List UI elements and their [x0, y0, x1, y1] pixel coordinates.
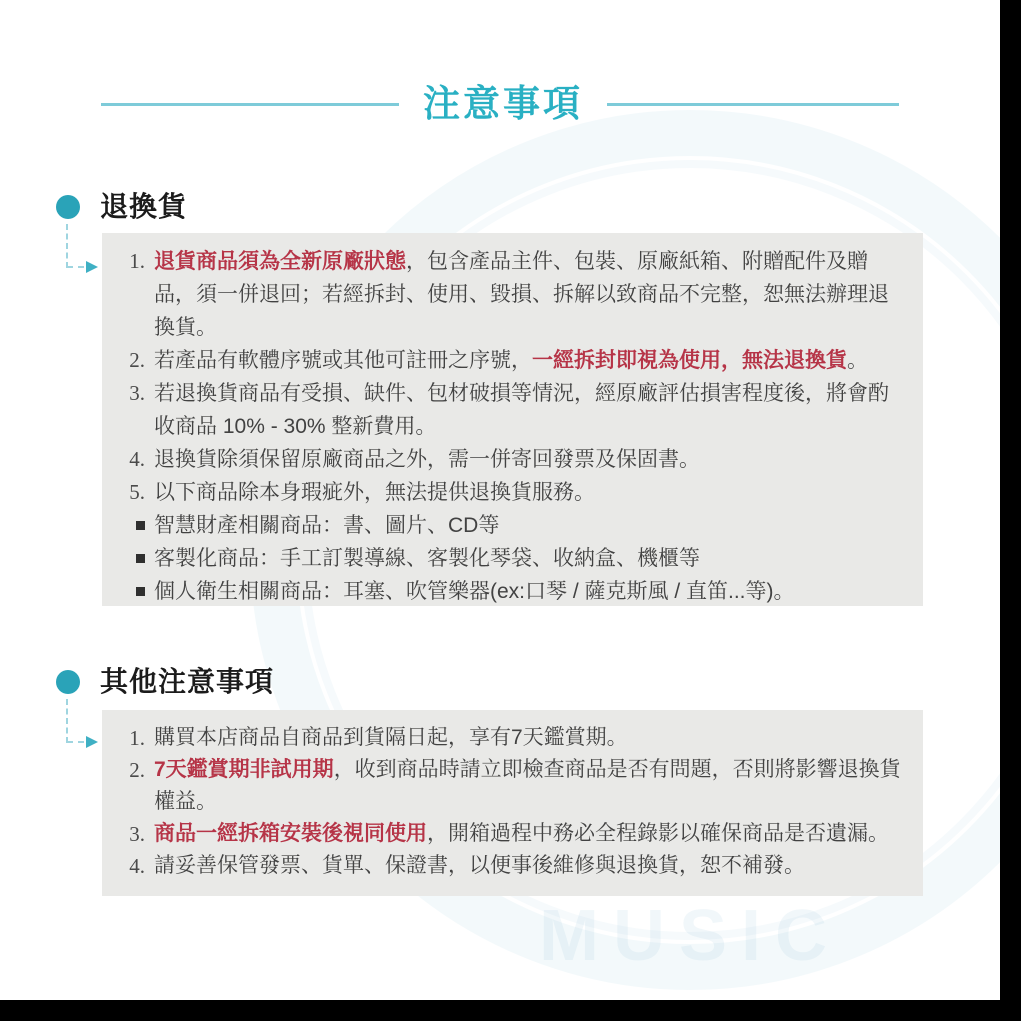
list-item-number: 3.: [112, 377, 154, 443]
section-bullet-dot: [56, 670, 80, 694]
list-item: 4.請妥善保管發票、貨單、保證書，以便事後維修與退換貨，恕不補發。: [112, 850, 907, 882]
connector-line-horizontal: [67, 266, 84, 268]
highlighted-text: 退貨商品須為全新原廠狀態: [154, 250, 406, 273]
section-content-box-other-notices: 1.購買本店商品自商品到貨隔日起，享有7天鑑賞期。2.7天鑑賞期非試用期，收到商…: [102, 710, 923, 896]
highlighted-text: 商品一經拆箱安裝後視同使用: [154, 822, 427, 845]
square-bullet-icon: [136, 587, 145, 596]
arrow-right-icon: [86, 261, 98, 273]
list-item-number: 4.: [112, 850, 154, 882]
list-item-number: 2.: [112, 344, 154, 377]
list-item: 個人衛生相關商品：耳塞、吹管樂器(ex:口琴 / 薩克斯風 / 直笛...等)。: [112, 575, 907, 608]
connector-line-vertical: [66, 699, 68, 743]
list-item-text: 7天鑑賞期非試用期，收到商品時請立即檢查商品是否有問題，否則將影響退換貨權益。: [154, 754, 907, 818]
plain-text: 請妥善保管發票、貨單、保證書，以便事後維修與退換貨，恕不補發。: [154, 854, 805, 877]
list-item: 4.退換貨除須保留原廠商品之外，需一併寄回發票及保固書。: [112, 443, 907, 476]
page-title-row: 注意事項: [0, 82, 1000, 126]
list-item-text: 若退換貨商品有受損、缺件、包材破損等情況，經原廠評估損害程度後，將會酌收商品 1…: [154, 377, 907, 443]
list-item-text: 以下商品除本身瑕疵外，無法提供退換貨服務。: [154, 476, 907, 509]
highlighted-text: 一經拆封即視為使用，無法退換貨: [532, 349, 847, 372]
connector-line-horizontal: [67, 741, 84, 743]
list-item-number: 1.: [112, 722, 154, 754]
list-item: 1.退貨商品須為全新原廠狀態，包含產品主件、包裝、原廠紙箱、附贈配件及贈品，須一…: [112, 245, 907, 344]
page-title: 注意事項: [423, 82, 583, 126]
square-bullet-icon: [136, 521, 145, 530]
watermark-music-text: MUSIC: [470, 895, 910, 977]
list-item-bullet: [112, 509, 154, 542]
list-item-text: 商品一經拆箱安裝後視同使用，開箱過程中務必全程錄影以確保商品是否遺漏。: [154, 818, 907, 850]
plain-text: 。: [847, 349, 868, 372]
list-item: 2.7天鑑賞期非試用期，收到商品時請立即檢查商品是否有問題，否則將影響退換貨權益…: [112, 754, 907, 818]
plain-text: 若產品有軟體序號或其他可註冊之序號，: [154, 349, 532, 372]
plain-text: 若退換貨商品有受損、缺件、包材破損等情況，經原廠評估損害程度後，將會酌收商品 1…: [154, 382, 889, 438]
list-item-number: 1.: [112, 245, 154, 344]
plain-text: 購買本店商品自商品到貨隔日起，享有7天鑑賞期。: [154, 726, 628, 749]
list-item: 3.若退換貨商品有受損、缺件、包材破損等情況，經原廠評估損害程度後，將會酌收商品…: [112, 377, 907, 443]
list-item: 客製化商品：手工訂製導線、客製化琴袋、收納盒、機櫃等: [112, 542, 907, 575]
connector-line-vertical: [66, 224, 68, 268]
section-title-other-notices: 其他注意事項: [100, 666, 274, 698]
list-item-bullet: [112, 542, 154, 575]
list-item: 5.以下商品除本身瑕疵外，無法提供退換貨服務。: [112, 476, 907, 509]
plain-text: 以下商品除本身瑕疵外，無法提供退換貨服務。: [154, 481, 595, 504]
list-item-text: 退貨商品須為全新原廠狀態，包含產品主件、包裝、原廠紙箱、附贈配件及贈品，須一併退…: [154, 245, 907, 344]
list-item-text: 智慧財產相關商品：書、圖片、CD等: [154, 509, 907, 542]
list-item-number: 5.: [112, 476, 154, 509]
list-item: 1.購買本店商品自商品到貨隔日起，享有7天鑑賞期。: [112, 722, 907, 754]
highlighted-text: 7天鑑賞期非試用期: [154, 758, 334, 781]
list-item: 智慧財產相關商品：書、圖片、CD等: [112, 509, 907, 542]
list-item-bullet: [112, 575, 154, 608]
plain-text: ，開箱過程中務必全程錄影以確保商品是否遺漏。: [427, 822, 889, 845]
list-item-text: 客製化商品：手工訂製導線、客製化琴袋、收納盒、機櫃等: [154, 542, 907, 575]
list-item-text: 退換貨除須保留原廠商品之外，需一併寄回發票及保固書。: [154, 443, 907, 476]
arrow-right-icon: [86, 736, 98, 748]
notice-page: MUSIC 注意事項 退換貨 1.退貨商品須為全新原廠狀態，包含產品主件、包裝、…: [0, 0, 1000, 1000]
list-item-number: 2.: [112, 754, 154, 818]
list-item-text: 個人衛生相關商品：耳塞、吹管樂器(ex:口琴 / 薩克斯風 / 直笛...等)。: [154, 575, 907, 608]
list-item-number: 4.: [112, 443, 154, 476]
section-content-box-returns: 1.退貨商品須為全新原廠狀態，包含產品主件、包裝、原廠紙箱、附贈配件及贈品，須一…: [102, 233, 923, 606]
plain-text: 退換貨除須保留原廠商品之外，需一併寄回發票及保固書。: [154, 448, 700, 471]
list-item-text: 請妥善保管發票、貨單、保證書，以便事後維修與退換貨，恕不補發。: [154, 850, 907, 882]
list-item-number: 3.: [112, 818, 154, 850]
title-divider-left: [101, 103, 399, 106]
list-item-text: 若產品有軟體序號或其他可註冊之序號，一經拆封即視為使用，無法退換貨。: [154, 344, 907, 377]
list-item: 3.商品一經拆箱安裝後視同使用，開箱過程中務必全程錄影以確保商品是否遺漏。: [112, 818, 907, 850]
title-divider-right: [607, 103, 899, 106]
section-bullet-dot: [56, 195, 80, 219]
square-bullet-icon: [136, 554, 145, 563]
list-item: 2.若產品有軟體序號或其他可註冊之序號，一經拆封即視為使用，無法退換貨。: [112, 344, 907, 377]
section-title-returns: 退換貨: [100, 191, 187, 223]
list-item-text: 購買本店商品自商品到貨隔日起，享有7天鑑賞期。: [154, 722, 907, 754]
